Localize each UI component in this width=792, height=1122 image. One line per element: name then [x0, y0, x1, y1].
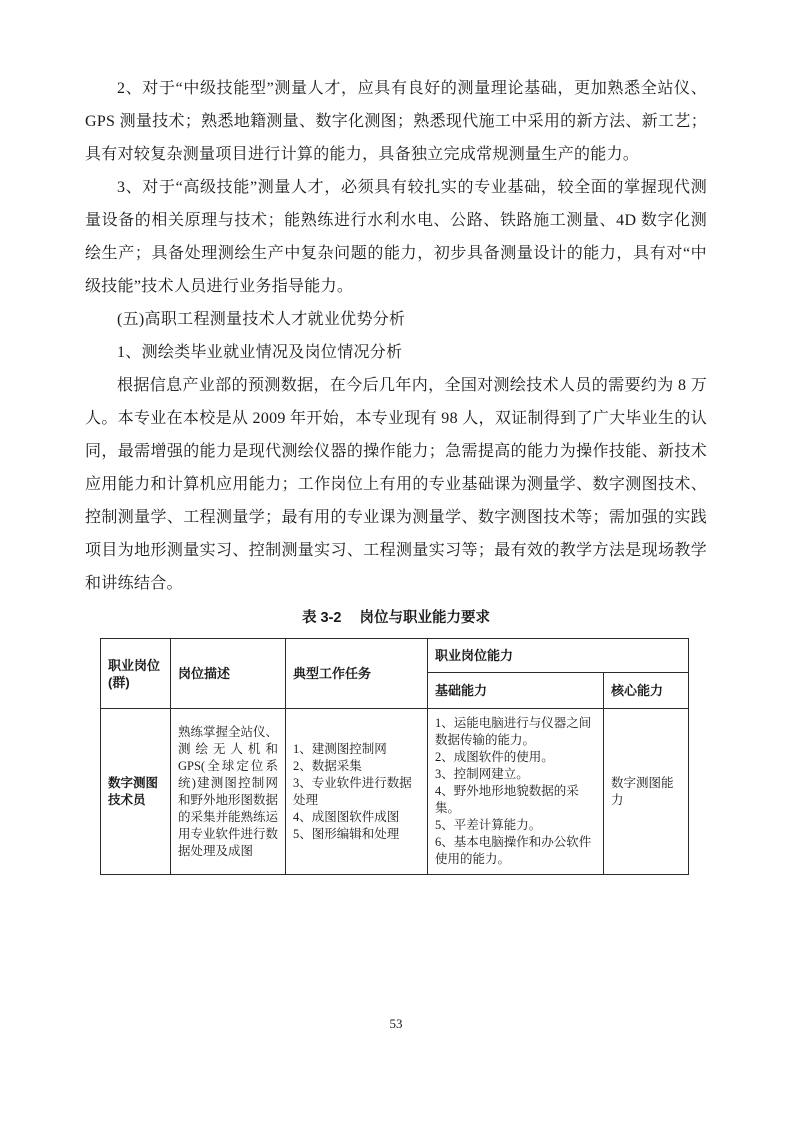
section-heading-five: (五)高职工程测量技术人才就业优势分析 — [85, 303, 707, 336]
document-page: 2、对于“中级技能型”测量人才，应具有良好的测量理论基础，更加熟悉全站仪、GPS… — [0, 0, 792, 1122]
paragraph-intermediate-skill: 2、对于“中级技能型”测量人才，应具有良好的测量理论基础，更加熟悉全站仪、GPS… — [85, 72, 707, 171]
page-content: 2、对于“中级技能型”测量人才，应具有良好的测量理论基础，更加熟悉全站仪、GPS… — [85, 72, 707, 875]
cell-position-name: 数字测图 技术员 — [101, 709, 171, 875]
header-basic-ability: 基础能力 — [428, 673, 604, 709]
cell-basic-abilities: 1、运能电脑进行与仪器之间数据传输的能力。 2、成图软件的使用。 3、控制网建立… — [428, 709, 604, 875]
header-typical-tasks: 典型工作任务 — [286, 639, 428, 709]
table-caption-title: 岗位与职业能力要求 — [360, 610, 491, 626]
paragraph-advanced-skill: 3、对于“高级技能”测量人才，必须具有较扎实的专业基础，较全面的掌握现代测量设备… — [85, 171, 707, 303]
header-position-group: 职业岗位 (群) — [101, 639, 171, 709]
cell-position-description: 熟练掌握全站仪、测绘无人机和GPS(全球定位系统)建测图控制网和野外地形图数据的… — [171, 709, 286, 875]
header-core-ability: 核心能力 — [604, 673, 689, 709]
basic-ability-item: 1、运能电脑进行与仪器之间数据传输的能力。 — [435, 715, 596, 749]
task-item: 4、成图图软件成图 — [293, 809, 420, 826]
header-occupational-ability-group: 职业岗位能力 — [428, 639, 689, 673]
basic-ability-item: 3、控制网建立。 — [435, 766, 596, 783]
cell-core-ability: 数字测图能力 — [604, 709, 689, 875]
header-position-description: 岗位描述 — [171, 639, 286, 709]
basic-ability-item: 4、野外地形地貌数据的采集。 — [435, 783, 596, 817]
task-item: 3、专业软件进行数据处理 — [293, 775, 420, 809]
task-item: 2、数据采集 — [293, 758, 420, 775]
subsection-heading-one: 1、测绘类毕业就业情况及岗位情况分析 — [85, 336, 707, 369]
task-item: 1、建测图控制网 — [293, 741, 420, 758]
basic-ability-item: 6、基本电脑操作和办公软件使用的能力。 — [435, 834, 596, 868]
table-caption-label: 表 3-2 — [302, 610, 342, 626]
table-caption: 表 3-2岗位与职业能力要求 — [85, 607, 707, 629]
page-number: 53 — [0, 1016, 792, 1032]
basic-ability-item: 5、平差计算能力。 — [435, 817, 596, 834]
task-item: 5、图形编辑和处理 — [293, 826, 420, 843]
cell-typical-tasks: 1、建测图控制网 2、数据采集 3、专业软件进行数据处理 4、成图图软件成图 5… — [286, 709, 428, 875]
paragraph-employment-analysis: 根据信息产业部的预测数据，在今后几年内，全国对测绘技术人员的需要约为 8 万人。… — [85, 369, 707, 600]
positions-abilities-table: 职业岗位 (群) 岗位描述 典型工作任务 职业岗位能力 基础能力 核心能力 数字… — [100, 638, 689, 875]
basic-ability-item: 2、成图软件的使用。 — [435, 749, 596, 766]
table-row: 数字测图 技术员 熟练掌握全站仪、测绘无人机和GPS(全球定位系统)建测图控制网… — [101, 709, 689, 875]
